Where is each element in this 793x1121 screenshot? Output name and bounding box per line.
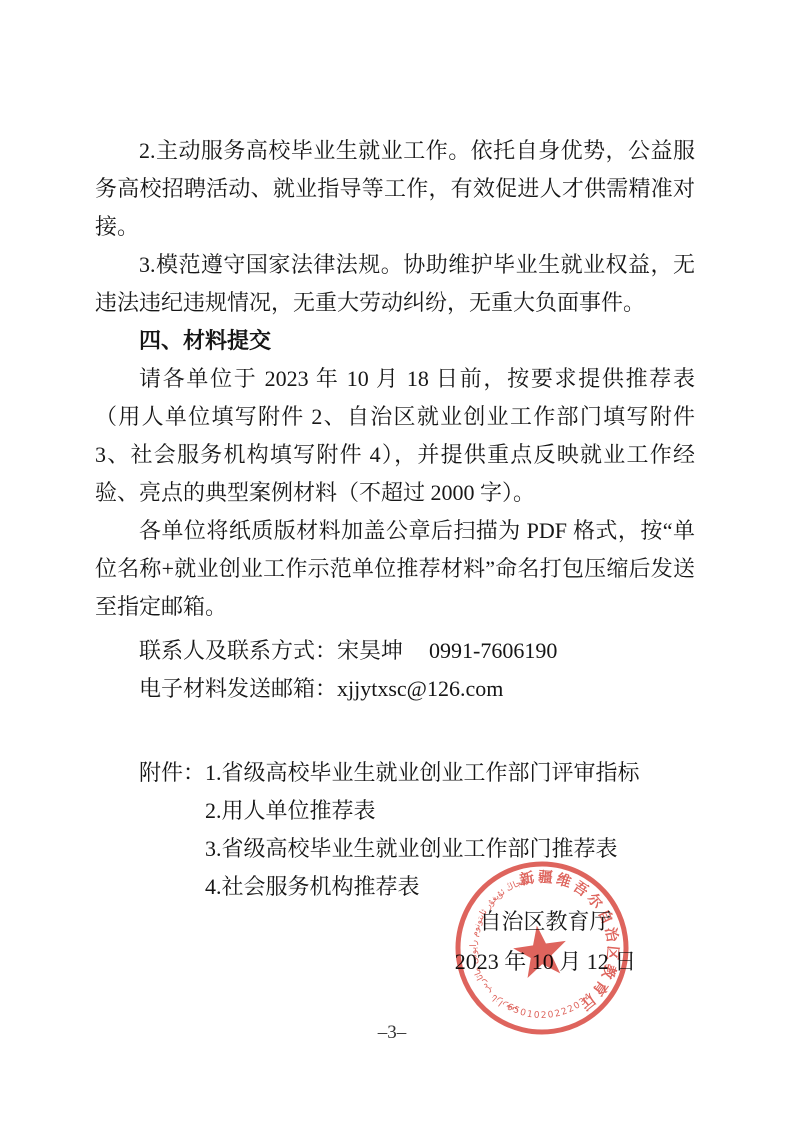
section-heading-material-submission: 四、材料提交 xyxy=(95,322,695,360)
contact-phone: 0991-7606190 xyxy=(429,638,557,663)
attachment-item-3: 3.省级高校毕业生就业创业工作部门推荐表 xyxy=(205,830,640,868)
signature-org: 自治区教育厅 xyxy=(428,902,663,942)
document-body: 2.主动服务高校毕业生就业工作。依托自身优势，公益服务高校招聘活动、就业指导等工… xyxy=(95,132,695,906)
signature-block: 自治区教育厅 2023 年 10 月 12 日 xyxy=(428,902,663,982)
contact-name: 宋昊坤 xyxy=(337,638,403,663)
attachments-label: 附件： xyxy=(139,754,205,792)
email-label: 电子材料发送邮箱： xyxy=(139,676,337,701)
seal-registration-code: 6501020222034 xyxy=(504,990,597,1026)
document-page: 2.主动服务高校毕业生就业工作。依托自身优势，公益服务高校招聘活动、就业指导等工… xyxy=(0,0,793,1121)
email-line: 电子材料发送邮箱：xjjytxsc@126.com xyxy=(95,670,695,708)
attachments-list: 1.省级高校毕业生就业创业工作部门评审指标 2.用人单位推荐表 3.省级高校毕业… xyxy=(205,754,640,906)
paragraph-submission-format: 各单位将纸质版材料加盖公章后扫描为 PDF 格式，按“单位名称+就业创业工作示范… xyxy=(95,512,695,626)
body-paragraph-2: 2.主动服务高校毕业生就业工作。依托自身优势，公益服务高校招聘活动、就业指导等工… xyxy=(95,132,695,246)
page-number: –3– xyxy=(352,1022,432,1044)
attachments-block: 附件： 1.省级高校毕业生就业创业工作部门评审指标 2.用人单位推荐表 3.省级… xyxy=(139,754,695,906)
email-address: xjjytxsc@126.com xyxy=(337,676,503,701)
attachment-item-4: 4.社会服务机构推荐表 xyxy=(205,868,640,906)
attachment-item-2: 2.用人单位推荐表 xyxy=(205,792,640,830)
attachment-item-1: 1.省级高校毕业生就业创业工作部门评审指标 xyxy=(205,754,640,792)
contact-label: 联系人及联系方式： xyxy=(139,638,337,663)
contact-line: 联系人及联系方式：宋昊坤0991-7606190 xyxy=(95,632,695,670)
body-paragraph-3: 3.模范遵守国家法律法规。协助维护毕业生就业权益，无违法违纪违规情况，无重大劳动… xyxy=(95,246,695,322)
paragraph-submission-deadline: 请各单位于 2023 年 10 月 18 日前，按要求提供推荐表（用人单位填写附… xyxy=(95,360,695,512)
signature-date: 2023 年 10 月 12 日 xyxy=(428,942,663,982)
